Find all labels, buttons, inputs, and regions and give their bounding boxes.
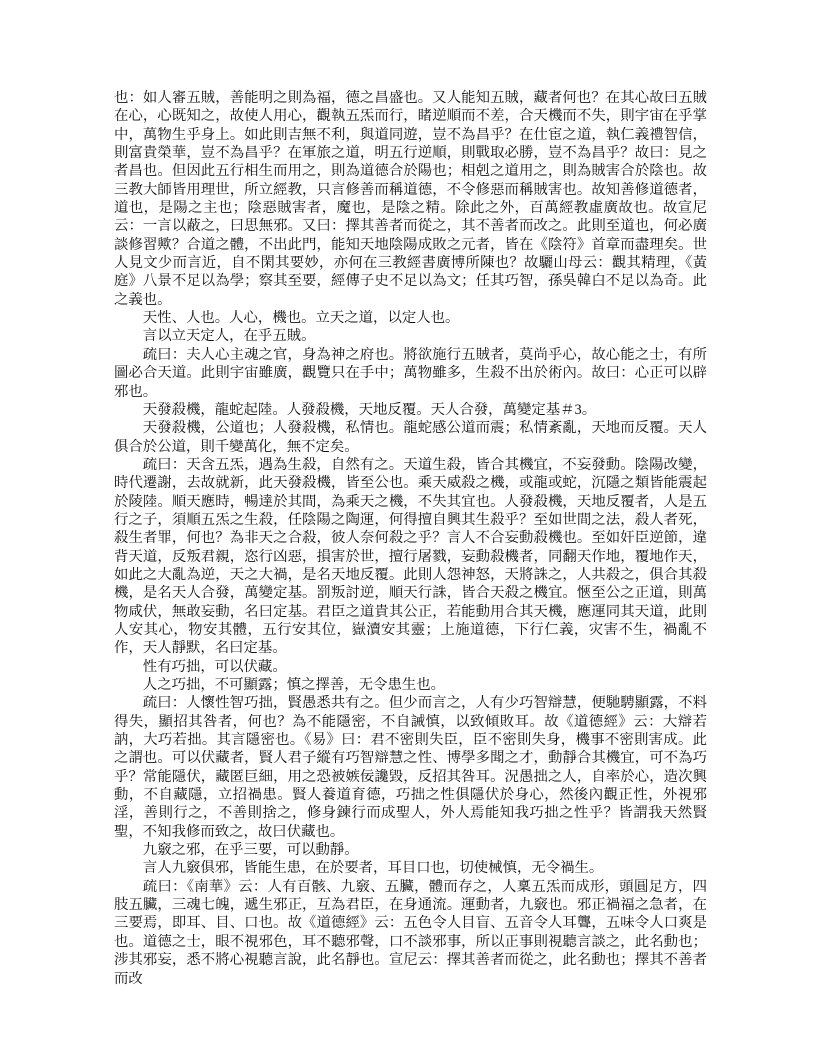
paragraph-continuation: 也：如人審五賊，善能明之則為福，德之昌盛也。又人能知五賊，藏者何也？在其心故曰五…: [114, 89, 707, 309]
paragraph-note: 天發殺機，公道也；人發殺機，私情也。龍蛇感公道而震；私情紊亂，天地而反覆。天人俱…: [114, 419, 707, 456]
paragraph-scripture: 天性、人也。人心，機也。立天之道，以定人也。: [114, 309, 707, 327]
paragraph-commentary: 疏曰：人懷性智巧拙，賢愚悉共有之。但少而言之，人有少巧智辯慧，便馳騁顯露，不料得…: [114, 694, 707, 841]
paragraph-scripture: 天發殺機，龍蛇起陸。人發殺機，天地反覆。天人合發，萬變定基＃3。: [114, 401, 707, 419]
paragraph-commentary: 疏曰：《南華》云：人有百骸、九竅、五臟，體而存之，人稟五炁而成形，頭圓足方，四肢…: [114, 878, 707, 988]
document-page: 也：如人審五賊，善能明之則為福，德之昌盛也。又人能知五賊，藏者何也？在其心故曰五…: [0, 0, 816, 1056]
paragraph-note: 言以立天定人，在乎五賊。: [114, 327, 707, 345]
paragraph-note: 言人九竅俱邪，皆能生患，在於要者，耳目口也，切使械慎，无令禍生。: [114, 859, 707, 877]
text-block: 也：如人審五賊，善能明之則為福，德之昌盛也。又人能知五賊，藏者何也？在其心故曰五…: [114, 89, 707, 988]
paragraph-commentary: 疏曰：夫人心主魂之官，身為神之府也。將欲施行五賊者，莫尚乎心，故心能之士，有所圖…: [114, 346, 707, 401]
paragraph-scripture: 性有巧拙，可以伏藏。: [114, 658, 707, 676]
paragraph-commentary: 疏曰：天含五炁，遇為生殺，自然有之。天道生殺，皆合其機宜，不妄發動。陰陽改變，時…: [114, 456, 707, 658]
paragraph-scripture: 九竅之邪，在乎三要，可以動靜。: [114, 841, 707, 859]
paragraph-note: 人之巧拙，不可顯露；慎之擇善，无令患生也。: [114, 676, 707, 694]
